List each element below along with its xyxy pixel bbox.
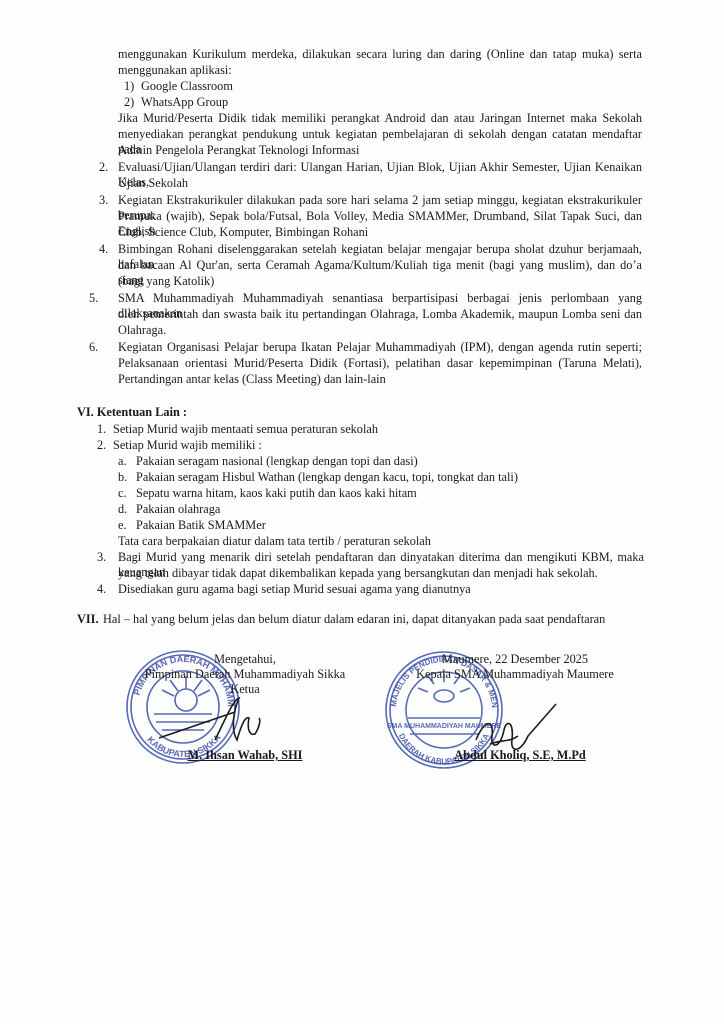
right-signatory: Abdul Kholiq, S.E, M.Pd: [440, 748, 600, 763]
left-signatory-name: M. Ihsan Wahab, SHI: [188, 748, 303, 762]
app-number-1: 1): [124, 79, 134, 94]
item-6-line-3: Pertandingan antar kelas (Class Meeting)…: [118, 372, 386, 387]
item-number-2: 2.: [99, 160, 108, 175]
s6-item-number-2: 2.: [97, 438, 106, 453]
s6-item-number-4: 4.: [97, 582, 106, 597]
item-number-4: 4.: [99, 242, 108, 257]
right-sig-title: Kepala SMA Muhammadiyah Maumere: [390, 667, 640, 682]
s6-item-1: Setiap Murid wajib mentaati semua peratu…: [113, 422, 378, 437]
intro-line-2: menggunakan aplikasi:: [118, 63, 232, 78]
s6-item-2: Setiap Murid wajib memiliki :: [113, 438, 262, 453]
item-5-line-3: Olahraga.: [118, 323, 166, 338]
section-6-heading: VI. Ketentuan Lain :: [77, 405, 187, 420]
left-sig-line-3: Ketua: [130, 682, 360, 697]
item-4-line-3: (bagi yang Katolik): [118, 274, 214, 289]
item-2-line-2: Ujian Sekolah: [118, 176, 188, 191]
document-page: menggunakan Kurikulum merdeka, dilakukan…: [0, 0, 724, 1024]
sub-item-d: Pakaian olahraga: [136, 502, 220, 517]
right-signatory-name: Abdul Kholiq, S.E, M.Pd: [454, 748, 586, 762]
sub-item-letter-d: d.: [118, 502, 127, 517]
section-7-label: VII.: [77, 612, 99, 627]
app-number-2: 2): [124, 95, 134, 110]
intro-line-1: menggunakan Kurikulum merdeka, dilakukan…: [118, 47, 642, 62]
item-2-line-1: Evaluasi/Ujian/Ulangan terdiri dari: Ula…: [118, 160, 642, 190]
sub-item-c: Sepatu warna hitam, kaos kaki putih dan …: [136, 486, 417, 501]
item-3-line-3: Club, Science Club, Komputer, Bimbingan …: [118, 225, 368, 240]
sub-item-e: Pakaian Batik SMAMMer: [136, 518, 266, 533]
sub-item-letter-e: e.: [118, 518, 127, 533]
sub-item-b: Pakaian seragam Hisbul Wathan (lengkap d…: [136, 470, 518, 485]
left-signature: [155, 690, 265, 750]
item-number-6: 6.: [89, 340, 98, 355]
sub-item-letter-b: b.: [118, 470, 127, 485]
s6-item-number-3: 3.: [97, 550, 106, 565]
right-sig-date: Maumere, 22 Desember 2025: [390, 652, 640, 667]
app-item-2: WhatsApp Group: [141, 95, 228, 110]
left-sig-line-1: Mengetahui,: [130, 652, 360, 667]
dress-note: Tata cara berpakaian diatur dalam tata t…: [118, 534, 431, 549]
note-line-3: Admin Pengelola Perangkat Teknologi Info…: [118, 143, 359, 158]
s6-item-number-1: 1.: [97, 422, 106, 437]
left-signatory: M. Ihsan Wahab, SHI: [180, 748, 310, 763]
s6-item-4: Disediakan guru agama bagi setiap Murid …: [118, 582, 471, 597]
app-item-1: Google Classroom: [141, 79, 233, 94]
item-5-line-2: oleh pemerintah dan swasta baik itu pert…: [118, 307, 642, 322]
right-signature-block: Maumere, 22 Desember 2025 Kepala SMA Muh…: [390, 652, 640, 682]
note-line-1: Jika Murid/Peserta Didik tidak memiliki …: [118, 111, 642, 126]
section-7-text: Hal – hal yang belum jelas dan belum dia…: [103, 612, 605, 627]
sub-item-letter-a: a.: [118, 454, 127, 469]
item-6-line-1: Kegiatan Organisasi Pelajar berupa Ikata…: [118, 340, 642, 355]
item-6-line-2: Pelaksanaan orientasi Murid/Peserta Didi…: [118, 356, 642, 371]
left-signature-block: Mengetahui, Pimpinan Daerah Muhammadiyah…: [130, 652, 360, 697]
left-sig-line-2: Pimpinan Daerah Muhammadiyah Sikka: [130, 667, 360, 682]
item-number-5: 5.: [89, 291, 98, 306]
s6-item-3-line-2: yang telah dibayar tidak dapat dikembali…: [118, 566, 598, 581]
sub-item-letter-c: c.: [118, 486, 127, 501]
item-number-3: 3.: [99, 193, 108, 208]
sub-item-a: Pakaian seragam nasional (lengkap dengan…: [136, 454, 418, 469]
